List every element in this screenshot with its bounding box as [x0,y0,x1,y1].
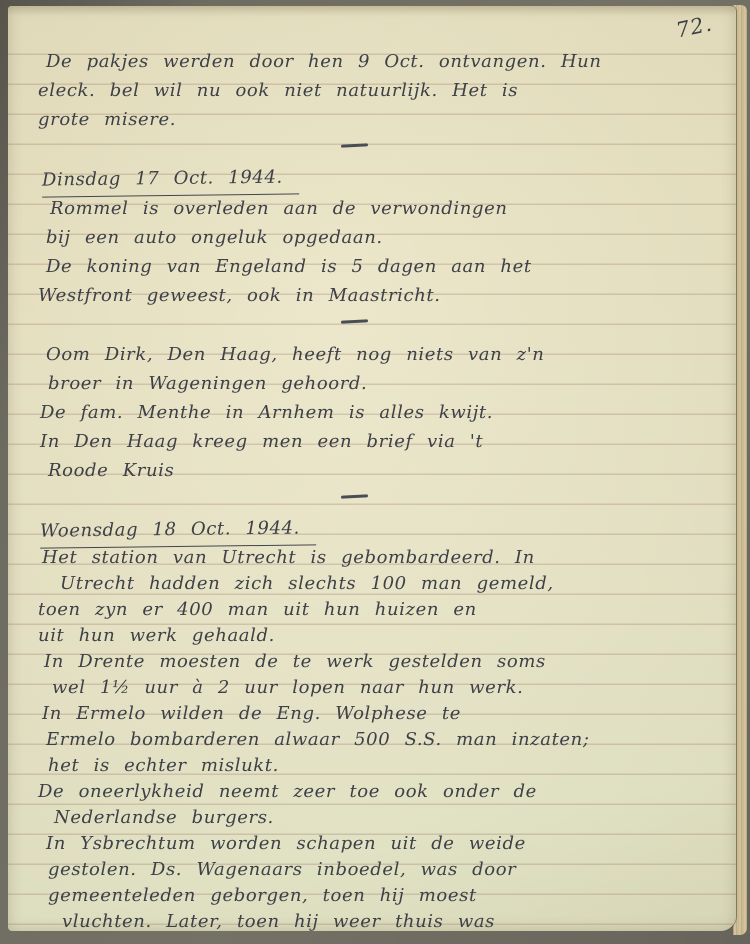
handwriting-line: In Drente moesten de te werk gestelden s… [44,649,736,675]
handwriting-line: Nederlandse burgers. [54,805,736,831]
entry-date-text: Woensdag 18 Oct. 1944. [40,513,316,548]
handwriting-line: eleck. bel wil nu ook niet natuurlijk. H… [38,76,736,105]
handwriting-line: gemeenteleden geborgen, toen hij moest [48,883,736,909]
handwriting-line: Roode Kruis [48,456,736,485]
handwriting-line: gestolen. Ds. Wagenaars inboedel, was do… [48,857,736,883]
section-separator [38,144,736,164]
handwriting-line: Westfront geweest, ook in Maastricht. [38,281,736,310]
handwriting-line: Oom Dirk, Den Haag, heeft nog niets van … [46,340,736,369]
separator-dash [341,494,368,498]
entry-date-heading: Dinsdag 17 Oct. 1944. [42,164,736,194]
handwriting-line: broer in Wageningen gehoord. [48,369,736,398]
handwriting-line: Rommel is overleden aan de verwondingen [50,194,736,223]
handwriting-line: toen zyn er 400 man uit hun huizen en [38,597,736,623]
handwriting-line: De pakjes werden door hen 9 Oct. ontvang… [46,47,736,76]
section-separator [38,495,736,515]
handwriting-line: vluchten. Later, toen hij weer thuis was [62,909,736,935]
handwriting-line: De oneerlykheid neemt zeer toe ook onder… [38,779,736,805]
handwriting-line: grote misere. [38,105,736,134]
handwriting-line: uit hun werk gehaald. [38,623,736,649]
handwriting-line: het is echter mislukt. [48,753,736,779]
separator-dash [341,319,368,323]
handwriting-line: De koning van Engeland is 5 dagen aan he… [46,252,736,281]
handwritten-content: De pakjes werden door hen 9 Oct. ontvang… [8,47,736,935]
section-separator [38,320,736,340]
handwriting-line: wel 1½ uur à 2 uur lopen naar hun werk. [52,675,736,701]
handwriting-line: bij een auto ongeluk opgedaan. [46,223,736,252]
handwriting-line: Utrecht hadden zich slechts 100 man geme… [60,571,736,597]
entry-date-text: Dinsdag 17 Oct. 1944. [42,162,299,197]
handwriting-line: De fam. Menthe in Arnhem is alles kwijt. [40,398,736,427]
handwriting-line: In Ermelo wilden de Eng. Wolphese te [42,701,736,727]
page-number: 72. [673,11,714,42]
entry-date-heading: Woensdag 18 Oct. 1944. [40,515,736,545]
handwriting-line: Het station van Utrecht is gebombardeerd… [42,545,736,571]
separator-dash [341,143,368,147]
handwriting-line: In Ysbrechtum worden schapen uit de weid… [46,831,736,857]
handwriting-line: Ermelo bombarderen alwaar 500 S.S. man i… [46,727,736,753]
handwriting-line: In Den Haag kreeg men een brief via 't [40,427,736,456]
journal-page: 72. De pakjes werden door hen 9 Oct. ont… [8,6,736,931]
